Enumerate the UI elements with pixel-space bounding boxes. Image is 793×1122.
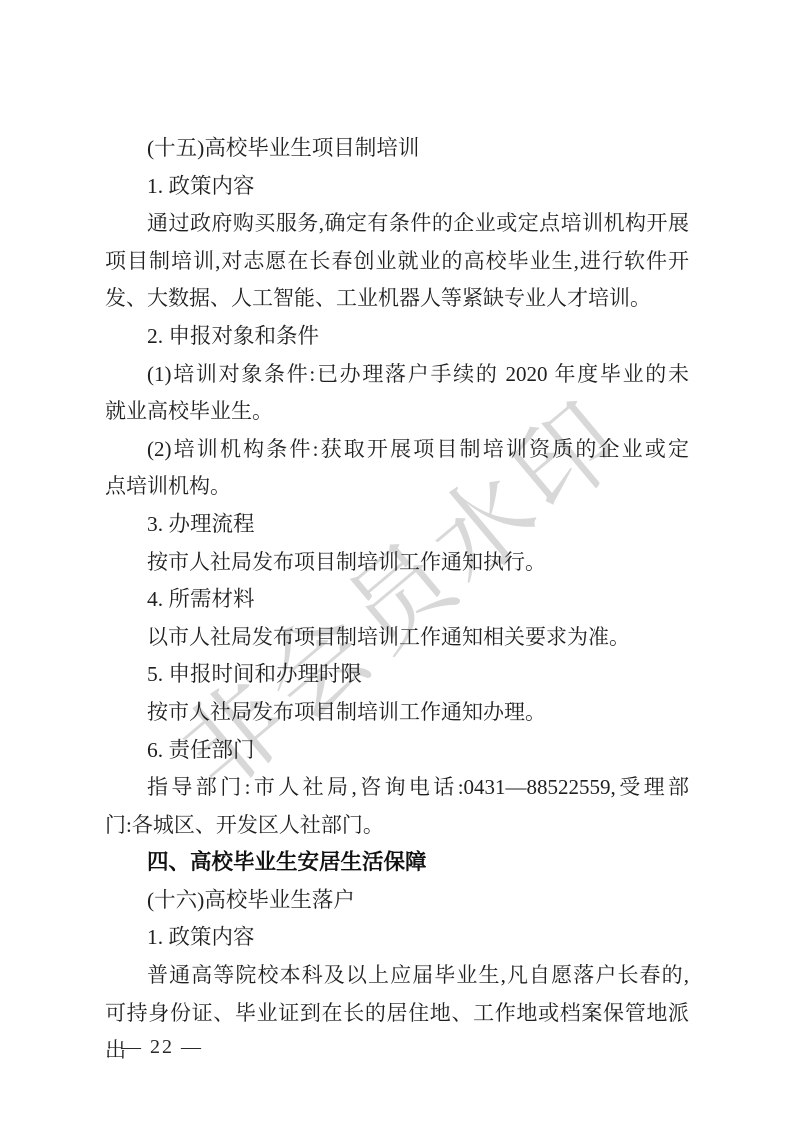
paragraph-line: 普通高等院校本科及以上应届毕业生,凡自愿落户长春的, — [105, 957, 689, 995]
item-heading-policy: 1. 政策内容 — [105, 168, 689, 206]
paragraph-line: 就业高校毕业生。 — [105, 393, 689, 431]
item-heading-department: 6. 责任部门 — [105, 732, 689, 770]
document-page: 非会员水印 (十五)高校毕业生项目制培训 1. 政策内容 通过政府购买服务,确定… — [0, 0, 793, 1122]
page-number: — 22 — — [121, 1036, 203, 1059]
paragraph-line: 按市人社局发布项目制培训工作通知办理。 — [105, 694, 689, 732]
paragraph-line: 按市人社局发布项目制培训工作通知执行。 — [105, 544, 689, 582]
paragraph-line: 以市人社局发布项目制培训工作通知相关要求为准。 — [105, 619, 689, 657]
item-heading-process: 3. 办理流程 — [105, 506, 689, 544]
item-heading-materials: 4. 所需材料 — [105, 581, 689, 619]
paragraph-line: 通过政府购买服务,确定有条件的企业或定点培训机构开展 — [105, 205, 689, 243]
item-heading-time-limit: 5. 申报时间和办理时限 — [105, 656, 689, 694]
document-body: (十五)高校毕业生项目制培训 1. 政策内容 通过政府购买服务,确定有条件的企业… — [105, 130, 689, 1032]
paragraph-line: (2)培训机构条件:获取开展项目制培训资质的企业或定 — [105, 431, 689, 469]
paragraph-line: 发、大数据、人工智能、工业机器人等紧缺专业人才培训。 — [105, 280, 689, 318]
paragraph-line: 可持身份证、毕业证到在长的居住地、工作地或档案保管地派出 — [105, 995, 689, 1033]
paragraph-line: 门:各城区、开发区人社部门。 — [105, 807, 689, 845]
paragraph-line: (1)培训对象条件:已办理落户手续的 2020 年度毕业的未 — [105, 356, 689, 394]
item-heading-conditions: 2. 申报对象和条件 — [105, 318, 689, 356]
paragraph-line: 指导部门:市人社局,咨询电话:0431—88522559,受理部 — [105, 769, 689, 807]
paragraph-line: 点培训机构。 — [105, 468, 689, 506]
section-15-heading: (十五)高校毕业生项目制培训 — [105, 130, 689, 168]
paragraph-line: 项目制培训,对志愿在长春创业就业的高校毕业生,进行软件开 — [105, 243, 689, 281]
item-heading-policy-2: 1. 政策内容 — [105, 919, 689, 957]
chapter-4-heading: 四、高校毕业生安居生活保障 — [105, 844, 689, 882]
section-16-heading: (十六)高校毕业生落户 — [105, 882, 689, 920]
